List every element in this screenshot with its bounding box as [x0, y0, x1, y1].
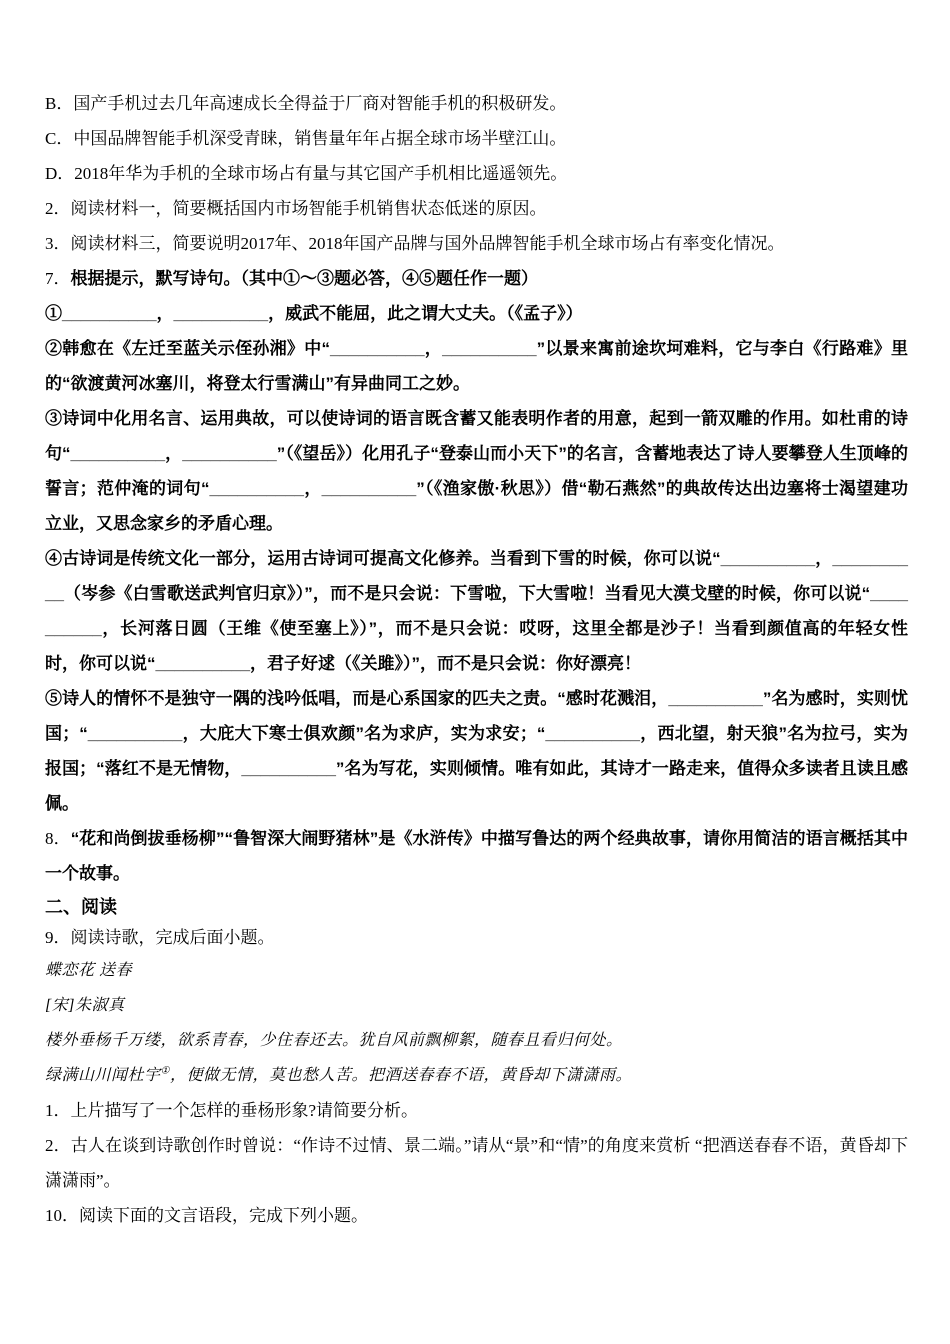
- question-7-number: 7．: [45, 269, 71, 288]
- question-7-item-4: ④古诗词是传统文化一部分，运用古诗词可提高文化修养。当看到下雪的时候，你可以说“…: [45, 541, 908, 681]
- option-d-label: D．: [45, 164, 74, 183]
- poem-footnote-marker: ①: [161, 1066, 170, 1077]
- option-b-text: 国产手机过去几年高速成长全得益于厂商对智能手机的积极研发。: [73, 94, 566, 113]
- question-2: 2．阅读材料一，简要概括国内市场智能手机销售状态低迷的原因。: [45, 191, 908, 226]
- question-10: 10．阅读下面的文言语段，完成下列小题。: [45, 1198, 908, 1233]
- choice-option-d: D．2018年华为手机的全球市场占有量与其它国产手机相比遥遥领先。: [45, 156, 908, 191]
- poem-line-2-text: 绿满山川闻杜宇: [45, 1067, 161, 1084]
- exam-page: B．国产手机过去几年高速成长全得益于厂商对智能手机的积极研发。 C．中国品牌智能…: [0, 0, 950, 1344]
- option-c-text: 中国品牌智能手机深受青睐，销售量年年占据全球市场半壁江山。: [73, 129, 566, 148]
- poem-author: [宋]朱淑真: [45, 988, 908, 1023]
- question-7-item-2: ②韩愈在《左迁至蓝关示侄孙湘》中“__________，__________”以…: [45, 331, 908, 401]
- question-8-text: “花和尚倒拔垂杨柳”“鲁智深大闹野猪林”是《水浒传》中描写鲁达的两个经典故事，请…: [45, 829, 908, 883]
- option-b-label: B．: [45, 94, 73, 113]
- option-d-text: 2018年华为手机的全球市场占有量与其它国产手机相比遥遥领先。: [74, 164, 567, 183]
- question-9-intro: 9．阅读诗歌，完成后面小题。: [45, 923, 908, 953]
- question-8: 8．“花和尚倒拔垂杨柳”“鲁智深大闹野猪林”是《水浒传》中描写鲁达的两个经典故事…: [45, 821, 908, 891]
- question-7-stem: 7．根据提示，默写诗句。（其中①～③题必答，④⑤题任作一题）: [45, 261, 908, 296]
- question-3: 3．阅读材料三，简要说明2017年、2018年国产品牌与国外品牌智能手机全球市场…: [45, 226, 908, 261]
- choice-option-c: C．中国品牌智能手机深受青睐，销售量年年占据全球市场半壁江山。: [45, 121, 908, 156]
- poem-line-2: 绿满山川闻杜宇①，便做无情，莫也愁人苦。把酒送春春不语，黄昏却下潇潇雨。: [45, 1058, 908, 1093]
- poem-line-1: 楼外垂杨千万缕，欲系青春，少住春还去。犹自风前飘柳絮，随春且看归何处。: [45, 1023, 908, 1058]
- option-c-label: C．: [45, 129, 73, 148]
- question-7-item-5: ⑤诗人的情怀不是独守一隅的浅吟低唱，而是心系国家的匹夫之责。“感时花溅泪，___…: [45, 681, 908, 821]
- question-9-sub-1: 1．上片描写了一个怎样的垂杨形象?请简要分析。: [45, 1093, 908, 1128]
- question-7-item-3: ③诗词中化用名言、运用典故，可以使诗词的语言既含蓄又能表明作者的用意，起到一箭双…: [45, 401, 908, 541]
- question-8-number: 8．: [45, 829, 71, 848]
- question-7-item-1: ①__________，__________，威武不能屈，此之谓大丈夫。（《孟子…: [45, 296, 908, 331]
- choice-option-b: B．国产手机过去几年高速成长全得益于厂商对智能手机的积极研发。: [45, 86, 908, 121]
- poem-line-2-text-rest: ，便做无情，莫也愁人苦。把酒送春春不语，黄昏却下潇潇雨。: [170, 1067, 632, 1084]
- poem-title: 蝶恋花 送春: [45, 953, 908, 988]
- question-7-stem-text: 根据提示，默写诗句。（其中①～③题必答，④⑤题任作一题）: [71, 269, 539, 288]
- question-9-sub-2: 2．古人在谈到诗歌创作时曾说：“作诗不过情、景二端。”请从“景”和“情”的角度来…: [45, 1128, 908, 1198]
- section-2-heading: 二、阅读: [45, 891, 908, 923]
